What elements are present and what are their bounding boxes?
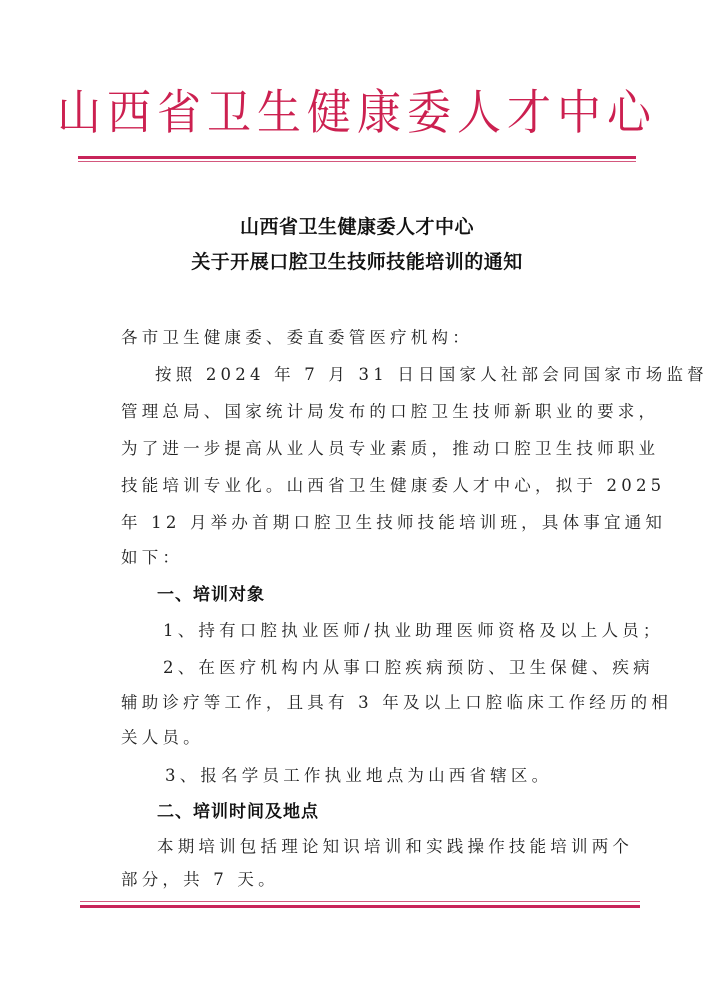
section-1-line-1: 1、持有口腔执业医师/执业助理医师资格及以上人员； bbox=[163, 617, 664, 641]
section-2-line-1: 本期培训包括理论知识培训和实践操作技能培训两个 bbox=[157, 833, 633, 857]
section-1-line-3: 辅助诊疗等工作，且具有 3 年及以上口腔临床工作经历的相 bbox=[121, 689, 672, 713]
intro-line-2: 管理总局、国家统计局发布的口腔卫生技师新职业的要求， bbox=[121, 398, 659, 422]
intro-line-4: 技能培训专业化。山西省卫生健康委人才中心，拟于 2025 bbox=[121, 472, 665, 496]
letterhead-org-name: 山西省卫生健康委人才中心 bbox=[0, 86, 714, 142]
document-title-line-2: 关于开展口腔卫生技师技能培训的通知 bbox=[0, 247, 714, 274]
intro-line-3: 为了进一步提高从业人员专业素质，推动口腔卫生技师职业 bbox=[121, 435, 659, 459]
section-heading-1: 一、培训对象 bbox=[157, 580, 265, 605]
footer-rule-thick bbox=[80, 905, 640, 908]
section-1-line-5: 3、报名学员工作执业地点为山西省辖区。 bbox=[165, 762, 552, 786]
letterhead-rule-thin bbox=[78, 161, 636, 162]
letterhead-rule-thick bbox=[78, 156, 636, 159]
document-title-line-1: 山西省卫生健康委人才中心 bbox=[0, 212, 714, 239]
intro-line-5: 年 12 月举办首期口腔卫生技师技能培训班，具体事宜通知 bbox=[121, 509, 666, 533]
footer-rule-thin bbox=[80, 901, 640, 902]
intro-line-1: 按照 2024 年 7 月 31 日日国家人社部会同国家市场监督 bbox=[155, 361, 708, 385]
section-heading-2: 二、培训时间及地点 bbox=[157, 797, 319, 822]
intro-line-6: 如下： bbox=[121, 544, 183, 568]
salutation: 各市卫生健康委、委直委管医疗机构： bbox=[121, 324, 473, 348]
section-1-line-2: 2、在医疗机构内从事口腔疾病预防、卫生保健、疾病 bbox=[163, 654, 654, 678]
section-1-line-4: 关人员。 bbox=[121, 724, 204, 748]
section-2-line-2: 部分，共 7 天。 bbox=[121, 866, 279, 890]
